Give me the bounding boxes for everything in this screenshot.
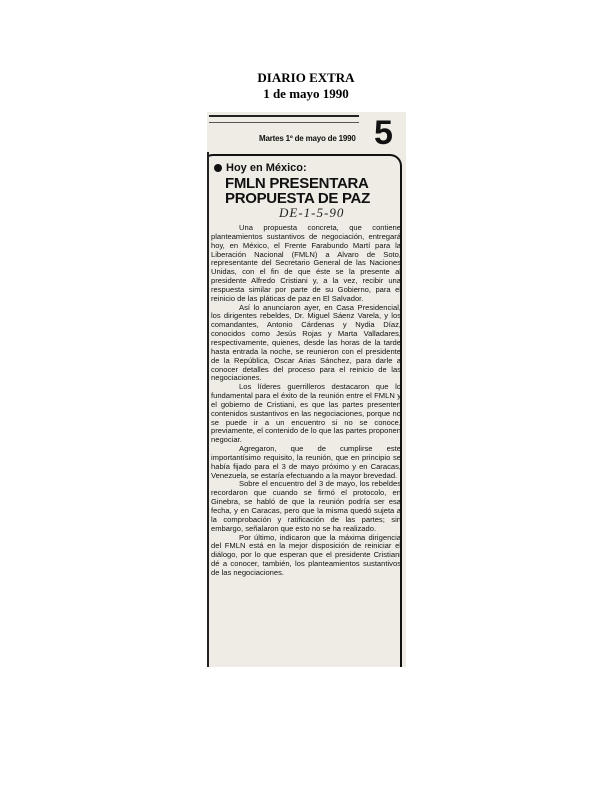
- masthead-date: Martes 1º de mayo de 1990: [259, 134, 356, 143]
- publication-name: DIARIO EXTRA: [0, 70, 612, 86]
- page-number: 5: [374, 116, 393, 150]
- paragraph: Los líderes guerrilleros destacaron que …: [211, 383, 401, 445]
- handwritten-note: DE-1-5-90: [279, 205, 344, 221]
- left-rule: [207, 152, 209, 667]
- masthead-rules: [209, 115, 359, 128]
- newspaper-clipping: Martes 1º de mayo de 1990 5 Hoy en Méxic…: [207, 112, 406, 667]
- document-header: DIARIO EXTRA 1 de mayo 1990: [0, 70, 612, 102]
- article-body: Una propuesta concreta, que contiene pla…: [211, 224, 401, 578]
- publication-date: 1 de mayo 1990: [0, 86, 612, 102]
- paragraph: Así lo anunciaron ayer, en Casa Presiden…: [211, 304, 401, 384]
- paragraph: Sobre el encuentro del 3 de mayo, los re…: [211, 480, 401, 533]
- paragraph: Una propuesta concreta, que contiene pla…: [211, 224, 401, 304]
- paragraph: Por último, indicaron que la máxima diri…: [211, 534, 401, 578]
- kicker: Hoy en México:: [226, 162, 307, 174]
- headline-line-1: FMLN PRESENTARA: [225, 176, 400, 191]
- paragraph: Agregaron, que de cumplirse este importa…: [211, 445, 401, 480]
- kicker-row: Hoy en México:: [214, 162, 307, 174]
- bullet-icon: [214, 164, 222, 172]
- headline: FMLN PRESENTARA PROPUESTA DE PAZ: [225, 176, 400, 206]
- headline-line-2: PROPUESTA DE PAZ: [225, 191, 400, 206]
- rule: [209, 115, 359, 117]
- rule: [209, 122, 359, 123]
